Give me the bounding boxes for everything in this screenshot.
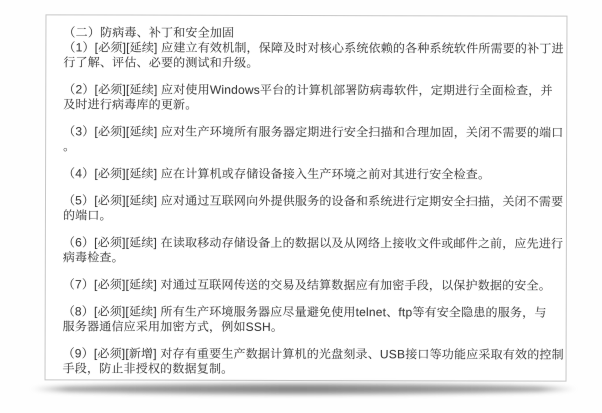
text-line: （2）[必须][延续] 应对使用Windows平台的计算机部署防病毒软件，定期进… — [63, 82, 548, 98]
text-line: （7）[必须][延续] 对通过互联网传送的交易及结算数据应有加密手段，以保护数据… — [63, 277, 548, 293]
paragraph: （8）[必须][延续] 所有生产环境服务器应尽量避免使用telnet、ftp等有… — [63, 304, 548, 335]
text-line: （6）[必须][延续] 在读取移动存储设备上的数据以及从网络上接收文件或邮件之前… — [63, 235, 548, 251]
text-line: 。 — [63, 139, 548, 155]
text-line: （9）[必须][新增] 对存有重要生产数据计算机的光盘刻录、USB接口等功能应采… — [63, 346, 548, 362]
paragraph: （2）[必须][延续] 应对使用Windows平台的计算机部署防病毒软件，定期进… — [63, 82, 548, 113]
page-bottom-shadow — [30, 384, 577, 394]
text-line: 服务器通信应采用加密方式，例如SSH。 — [63, 319, 548, 335]
text-line: （5）[必须][延续] 应对通过互联网向外提供服务的设备和系统进行定期安全扫描，… — [63, 193, 548, 209]
text-line: 行了解、评估、必要的测试和升级。 — [63, 55, 548, 71]
paragraph: （7）[必须][延续] 对通过互联网传送的交易及结算数据应有加密手段，以保护数据… — [63, 277, 548, 293]
document-paragraphs: （1）[必须][延续] 应建立有效机制，保障及时对核心系统依赖的各种系统软件所需… — [63, 40, 549, 377]
text-line: （1）[必须][延续] 应建立有效机制，保障及时对核心系统依赖的各种系统软件所需… — [63, 40, 548, 56]
paragraph: （4）[必须][延续] 应在计算机或存储设备接入生产环境之前对其进行安全检查。 — [63, 166, 548, 182]
paragraph: （9）[必须][新增] 对存有重要生产数据计算机的光盘刻录、USB接口等功能应采… — [63, 346, 548, 377]
document-page: （二）防病毒、补丁和安全加固 （1）[必须][延续] 应建立有效机制，保障及时对… — [45, 14, 568, 381]
text-line: 及时进行病毒库的更新。 — [63, 97, 548, 113]
text-line: 病毒检查。 — [63, 250, 548, 266]
paragraph: （5）[必须][延续] 应对通过互联网向外提供服务的设备和系统进行定期安全扫描，… — [63, 193, 548, 224]
text-line: 手段，防止非授权的数据复制。 — [63, 361, 548, 377]
text-line: 的端口。 — [63, 208, 548, 224]
paragraph: （6）[必须][延续] 在读取移动存储设备上的数据以及从网络上接收文件或邮件之前… — [63, 235, 548, 266]
text-line: （3）[必须][延续] 应对生产环境所有服务器定期进行安全扫描和合理加固，关闭不… — [63, 124, 548, 140]
paragraph: （3）[必须][延续] 应对生产环境所有服务器定期进行安全扫描和合理加固，关闭不… — [63, 124, 548, 155]
text-line: （8）[必须][延续] 所有生产环境服务器应尽量避免使用telnet、ftp等有… — [63, 304, 548, 320]
paragraph: （1）[必须][延续] 应建立有效机制，保障及时对核心系统依赖的各种系统软件所需… — [63, 40, 548, 71]
section-heading: （二）防病毒、补丁和安全加固 — [63, 25, 548, 41]
text-line: （4）[必须][延续] 应在计算机或存储设备接入生产环境之前对其进行安全检查。 — [63, 166, 548, 182]
